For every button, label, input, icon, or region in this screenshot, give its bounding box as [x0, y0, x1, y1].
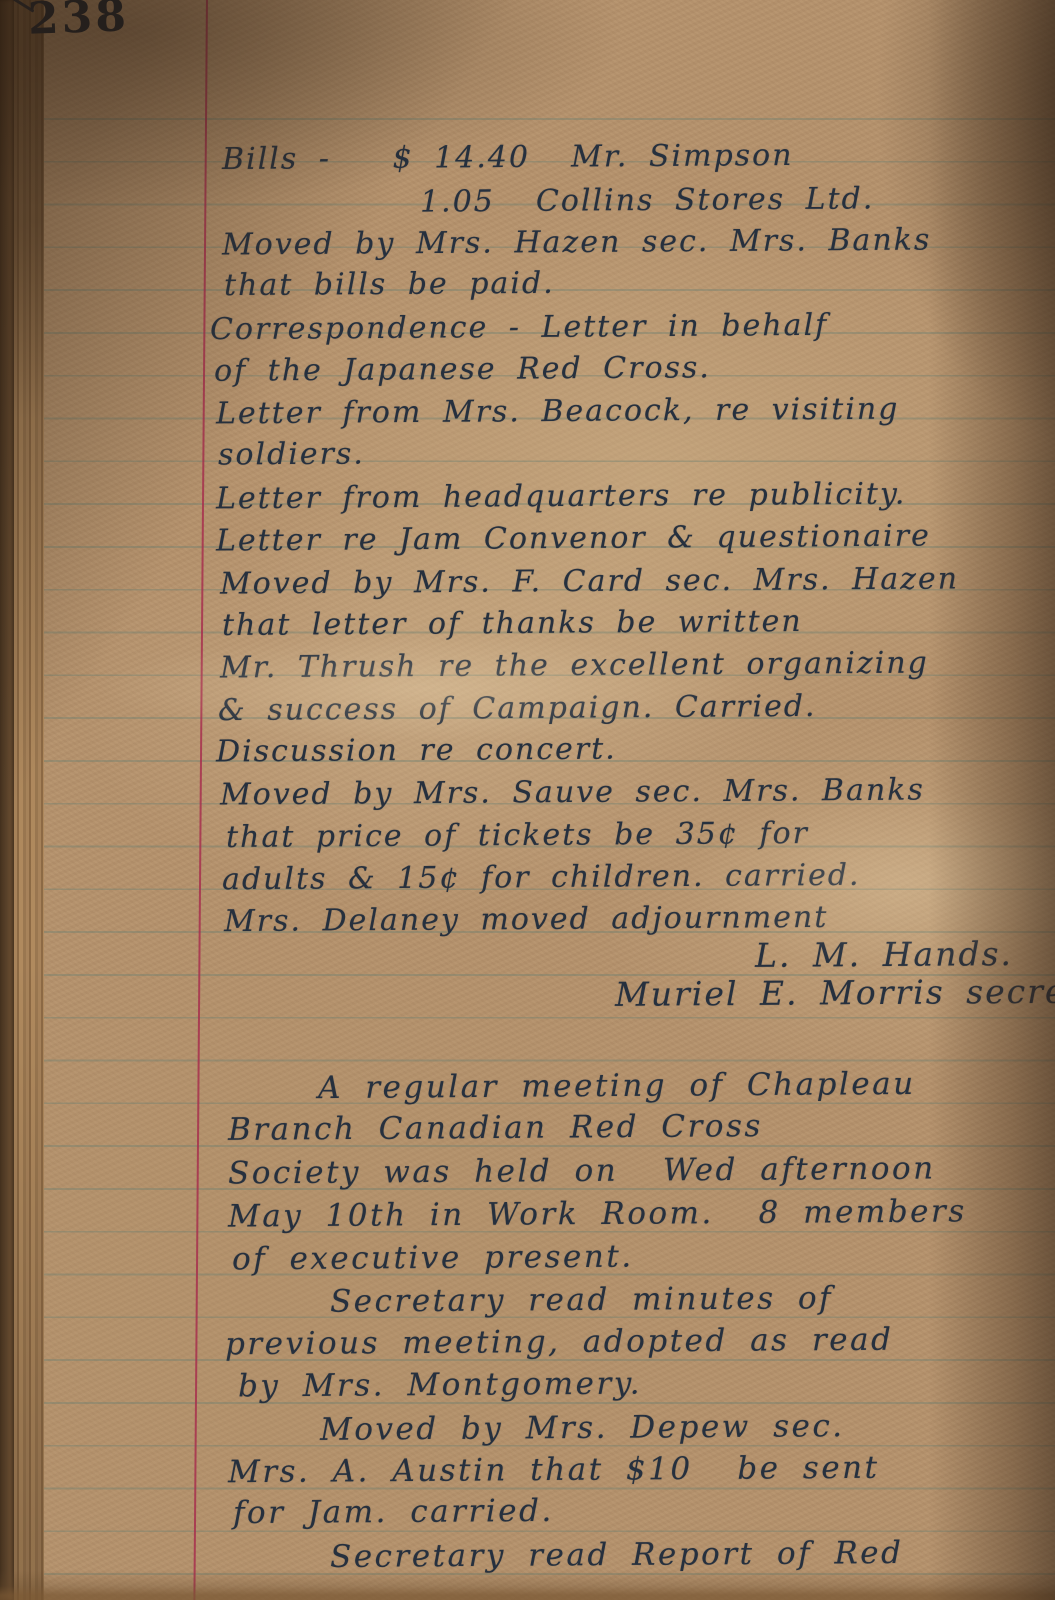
handwritten-line: May 10th in Work Room. 8 members — [228, 1193, 967, 1234]
handwritten-line: Letter from Mrs. Beacock, re visiting — [216, 392, 900, 432]
scanned-minute-book-page: 238 Bills - $ 14.40 Mr. Simpson 1.05 Col… — [0, 0, 1055, 1600]
handwritten-line: Moved by Mrs. Sauve sec. Mrs. Banks — [220, 773, 925, 813]
handwritten-line: that price of tickets be 35¢ for — [226, 816, 809, 855]
handwritten-line: Branch Canadian Red Cross — [228, 1108, 763, 1148]
page-stack-edge — [14, 0, 44, 1600]
handwritten-line: soldiers. — [218, 436, 365, 472]
handwritten-line: Mrs. A. Austin that $10 be sent — [228, 1450, 880, 1491]
handwritten-line: 1.05 Collins Stores Ltd. — [420, 181, 875, 219]
handwritten-line: Secretary read minutes of — [330, 1280, 833, 1320]
handwritten-line: Moved by Mrs. Depew sec. — [320, 1408, 845, 1448]
book-binding-edge — [0, 0, 14, 1600]
handwritten-line: Mr. Thrush re the excellent organizing — [220, 646, 929, 686]
handwritten-line: that letter of thanks be written — [222, 604, 803, 643]
signature-hands: L. M. Hands. — [755, 934, 1013, 975]
handwritten-line: A regular meeting of Chapleau — [318, 1066, 916, 1106]
handwritten-line: that bills be paid. — [224, 266, 555, 303]
handwritten-line: & success of Campaign. Carried. — [218, 689, 817, 728]
handwritten-line: Society was held on Wed afternoon — [228, 1151, 936, 1192]
handwritten-line: Mrs. Delaney moved adjournment — [224, 900, 829, 939]
handwritten-line: by Mrs. Montgomery. — [238, 1366, 642, 1405]
handwritten-line: Correspondence - Letter in behalf — [210, 308, 828, 347]
handwritten-line: of executive present. — [232, 1239, 634, 1278]
handwritten-line: Moved by Mrs. F. Card sec. Mrs. Hazen — [220, 561, 959, 601]
handwritten-line: Bills - $ 14.40 Mr. Simpson — [222, 138, 794, 177]
handwritten-line: Letter re Jam Convenor & questionaire — [216, 519, 931, 559]
handwritten-line: Discussion re concert. — [216, 732, 617, 770]
handwritten-line: for Jam. carried. — [233, 1493, 554, 1531]
handwritten-line: adults & 15¢ for children. carried. — [222, 858, 861, 897]
handwritten-line: Moved by Mrs. Hazen sec. Mrs. Banks — [222, 223, 932, 263]
page-number: 238 — [27, 0, 130, 45]
handwritten-line: of the Japanese Red Cross. — [214, 350, 711, 388]
handwritten-line: Letter from headquarters re publicity. — [216, 477, 907, 517]
signature-secretary: Muriel E. Morris secretary — [615, 971, 1055, 1014]
handwritten-line: Secretary read Report of Red — [330, 1535, 904, 1575]
handwritten-line: previous meeting, adopted as read — [225, 1322, 894, 1363]
